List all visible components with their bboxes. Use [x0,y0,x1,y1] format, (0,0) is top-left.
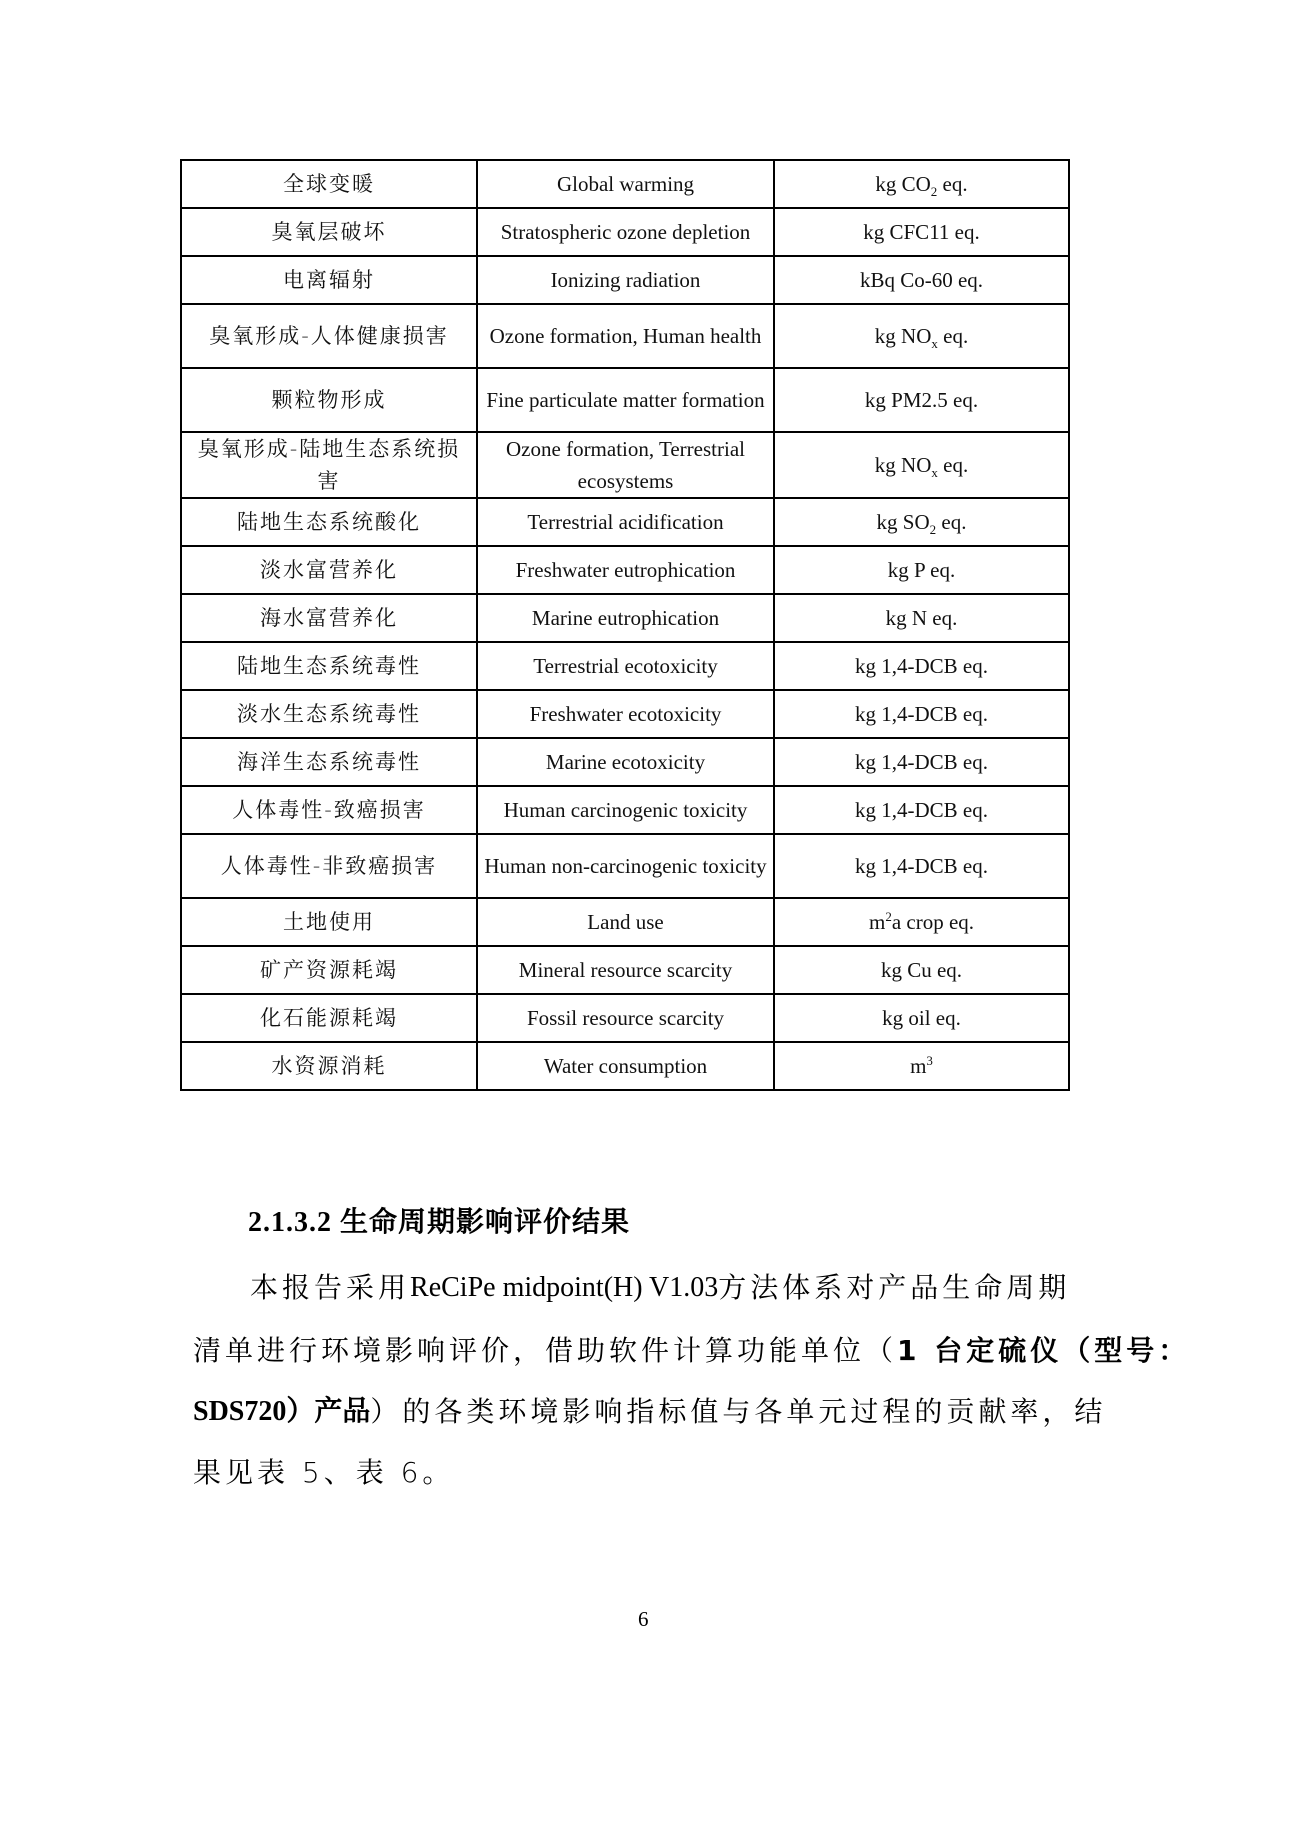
impact-category-chinese: 人体毒性-非致癌损害 [181,834,477,898]
unit-text: kg 1,4-DCB eq. [855,854,988,878]
impact-category-english: Freshwater ecotoxicity [477,690,774,738]
unit-text: kg CFC11 eq. [863,220,979,244]
table-row: 海水富营养化Marine eutrophicationkg N eq. [181,594,1069,642]
table-row: 颗粒物形成Fine particulate matter formationkg… [181,368,1069,432]
unit-text: kg 1,4-DCB eq. [855,702,988,726]
unit-text: eq. [938,453,968,477]
impact-category-english: Human non-carcinogenic toxicity [477,834,774,898]
unit-text: kg P eq. [888,558,955,582]
impact-category-chinese: 臭氧形成-陆地生态系统损害 [181,432,477,498]
unit-text: m [869,910,885,934]
impact-category-chinese: 陆地生态系统酸化 [181,498,477,546]
impact-unit: kg N eq. [774,594,1069,642]
unit-text: eq. [938,324,968,348]
impact-unit: kg CO2 eq. [774,160,1069,208]
impact-category-chinese: 臭氧形成-人体健康损害 [181,304,477,368]
impact-unit: kg oil eq. [774,994,1069,1042]
impact-unit: m3 [774,1042,1069,1090]
impact-category-english: Marine eutrophication [477,594,774,642]
table-row: 海洋生态系统毒性Marine ecotoxicitykg 1,4-DCB eq. [181,738,1069,786]
table-row: 陆地生态系统酸化Terrestrial acidificationkg SO2 … [181,498,1069,546]
paragraph-text: 方法体系对产品生命周期 [718,1270,1070,1306]
impact-unit: kg 1,4-DCB eq. [774,834,1069,898]
unit-text: kg N eq. [886,606,958,630]
unit-text: kg 1,4-DCB eq. [855,750,988,774]
table-row: 矿产资源耗竭Mineral resource scarcitykg Cu eq. [181,946,1069,994]
table-row: 人体毒性-非致癌损害Human non-carcinogenic toxicit… [181,834,1069,898]
impact-category-chinese: 陆地生态系统毒性 [181,642,477,690]
table-row: 陆地生态系统毒性Terrestrial ecotoxicitykg 1,4-DC… [181,642,1069,690]
impact-category-chinese: 人体毒性-致癌损害 [181,786,477,834]
unit-text: kg NO [875,453,932,477]
table-row: 人体毒性-致癌损害Human carcinogenic toxicitykg 1… [181,786,1069,834]
impact-unit: kg P eq. [774,546,1069,594]
paragraph-text: 本报告采用 [250,1270,410,1306]
impact-category-english: Global warming [477,160,774,208]
unit-text: kBq Co-60 eq. [860,268,983,292]
impact-category-chinese: 矿产资源耗竭 [181,946,477,994]
impact-unit: kg NOx eq. [774,304,1069,368]
impact-category-english: Fine particulate matter formation [477,368,774,432]
impact-category-table: 全球变暖Global warmingkg CO2 eq.臭氧层破坏Stratos… [180,159,1070,1091]
unit-text: kg 1,4-DCB eq. [855,798,988,822]
table-row: 淡水生态系统毒性Freshwater ecotoxicitykg 1,4-DCB… [181,690,1069,738]
impact-category-chinese: 臭氧层破坏 [181,208,477,256]
impact-category-english: Ozone formation, Terrestrial ecosystems [477,432,774,498]
paragraph-text: 清单进行环境影响评价，借助软件计算功能单位（ [193,1333,897,1369]
impact-category-english: Fossil resource scarcity [477,994,774,1042]
impact-category-chinese: 淡水富营养化 [181,546,477,594]
table-row: 臭氧形成-人体健康损害Ozone formation, Human health… [181,304,1069,368]
section-number: 2.1.3.2 [248,1207,332,1238]
functional-unit-text: 1 台定硫仪（型号： [897,1333,1190,1369]
impact-category-english: Freshwater eutrophication [477,546,774,594]
paragraph-line-1: 本报告采用 ReCiPe midpoint(H) V1.03 方法体系对产品生命… [250,1270,1055,1306]
impact-category-chinese: 颗粒物形成 [181,368,477,432]
table-row: 水资源消耗Water consumptionm3 [181,1042,1069,1090]
paragraph-line-3: SDS720）产品 ）的各类环境影响指标值与各单元过程的贡献率，结 [193,1394,1055,1430]
unit-text: m [910,1054,926,1078]
unit-text: kg SO [877,510,930,534]
impact-category-chinese: 电离辐射 [181,256,477,304]
table-row: 化石能源耗竭Fossil resource scarcitykg oil eq. [181,994,1069,1042]
unit-text: eq. [936,510,966,534]
impact-category-chinese: 土地使用 [181,898,477,946]
impact-unit: kg 1,4-DCB eq. [774,642,1069,690]
impact-category-english: Ionizing radiation [477,256,774,304]
impact-category-chinese: 海水富营养化 [181,594,477,642]
table-row: 土地使用Land usem2a crop eq. [181,898,1069,946]
page-number: 6 [638,1607,649,1632]
unit-text: kg 1,4-DCB eq. [855,654,988,678]
impact-unit: kg CFC11 eq. [774,208,1069,256]
impact-category-chinese: 全球变暖 [181,160,477,208]
impact-unit: kBq Co-60 eq. [774,256,1069,304]
impact-category-chinese: 海洋生态系统毒性 [181,738,477,786]
impact-category-english: Marine ecotoxicity [477,738,774,786]
unit-superscript: 3 [926,1053,933,1068]
impact-unit: kg 1,4-DCB eq. [774,690,1069,738]
unit-text: a crop eq. [892,910,974,934]
impact-unit: kg 1,4-DCB eq. [774,738,1069,786]
impact-unit: kg Cu eq. [774,946,1069,994]
paragraph-text: ）的各类环境影响指标值与各单元过程的贡献率，结 [370,1394,1106,1430]
impact-unit: m2a crop eq. [774,898,1069,946]
unit-text: kg NO [875,324,932,348]
impact-category-english: Terrestrial acidification [477,498,774,546]
impact-category-english: Stratospheric ozone depletion [477,208,774,256]
paragraph-line-2: 清单进行环境影响评价，借助软件计算功能单位（ 1 台定硫仪（型号： [193,1333,1055,1369]
paragraph-method-name: ReCiPe midpoint(H) V1.03 [410,1270,718,1306]
impact-category-english: Mineral resource scarcity [477,946,774,994]
impact-category-english: Water consumption [477,1042,774,1090]
impact-unit: kg 1,4-DCB eq. [774,786,1069,834]
table-row: 臭氧层破坏Stratospheric ozone depletionkg CFC… [181,208,1069,256]
impact-table-body: 全球变暖Global warmingkg CO2 eq.臭氧层破坏Stratos… [181,160,1069,1090]
unit-text: kg Cu eq. [881,958,962,982]
section-heading: 2.1.3.2 生命周期影响评价结果 [248,1200,630,1240]
impact-category-chinese: 化石能源耗竭 [181,994,477,1042]
unit-text: kg oil eq. [882,1006,961,1030]
impact-category-chinese: 水资源消耗 [181,1042,477,1090]
unit-text: kg PM2.5 eq. [865,388,978,412]
impact-category-chinese: 淡水生态系统毒性 [181,690,477,738]
section-title: 生命周期影响评价结果 [340,1205,630,1238]
table-row: 全球变暖Global warmingkg CO2 eq. [181,160,1069,208]
unit-text: eq. [937,172,967,196]
impact-category-english: Land use [477,898,774,946]
functional-unit-model: SDS720）产品 [193,1394,370,1430]
paragraph-text: 果见表 5、表 6。 [193,1456,454,1489]
impact-unit: kg NOx eq. [774,432,1069,498]
table-row: 电离辐射Ionizing radiationkBq Co-60 eq. [181,256,1069,304]
impact-category-english: Ozone formation, Human health [477,304,774,368]
table-row: 淡水富营养化Freshwater eutrophicationkg P eq. [181,546,1069,594]
document-page: 全球变暖Global warmingkg CO2 eq.臭氧层破坏Stratos… [0,0,1299,1836]
paragraph-line-4: 果见表 5、表 6。 [193,1455,1055,1491]
table-row: 臭氧形成-陆地生态系统损害Ozone formation, Terrestria… [181,432,1069,498]
impact-category-english: Terrestrial ecotoxicity [477,642,774,690]
unit-text: kg CO [875,172,930,196]
impact-unit: kg PM2.5 eq. [774,368,1069,432]
impact-category-english: Human carcinogenic toxicity [477,786,774,834]
impact-unit: kg SO2 eq. [774,498,1069,546]
